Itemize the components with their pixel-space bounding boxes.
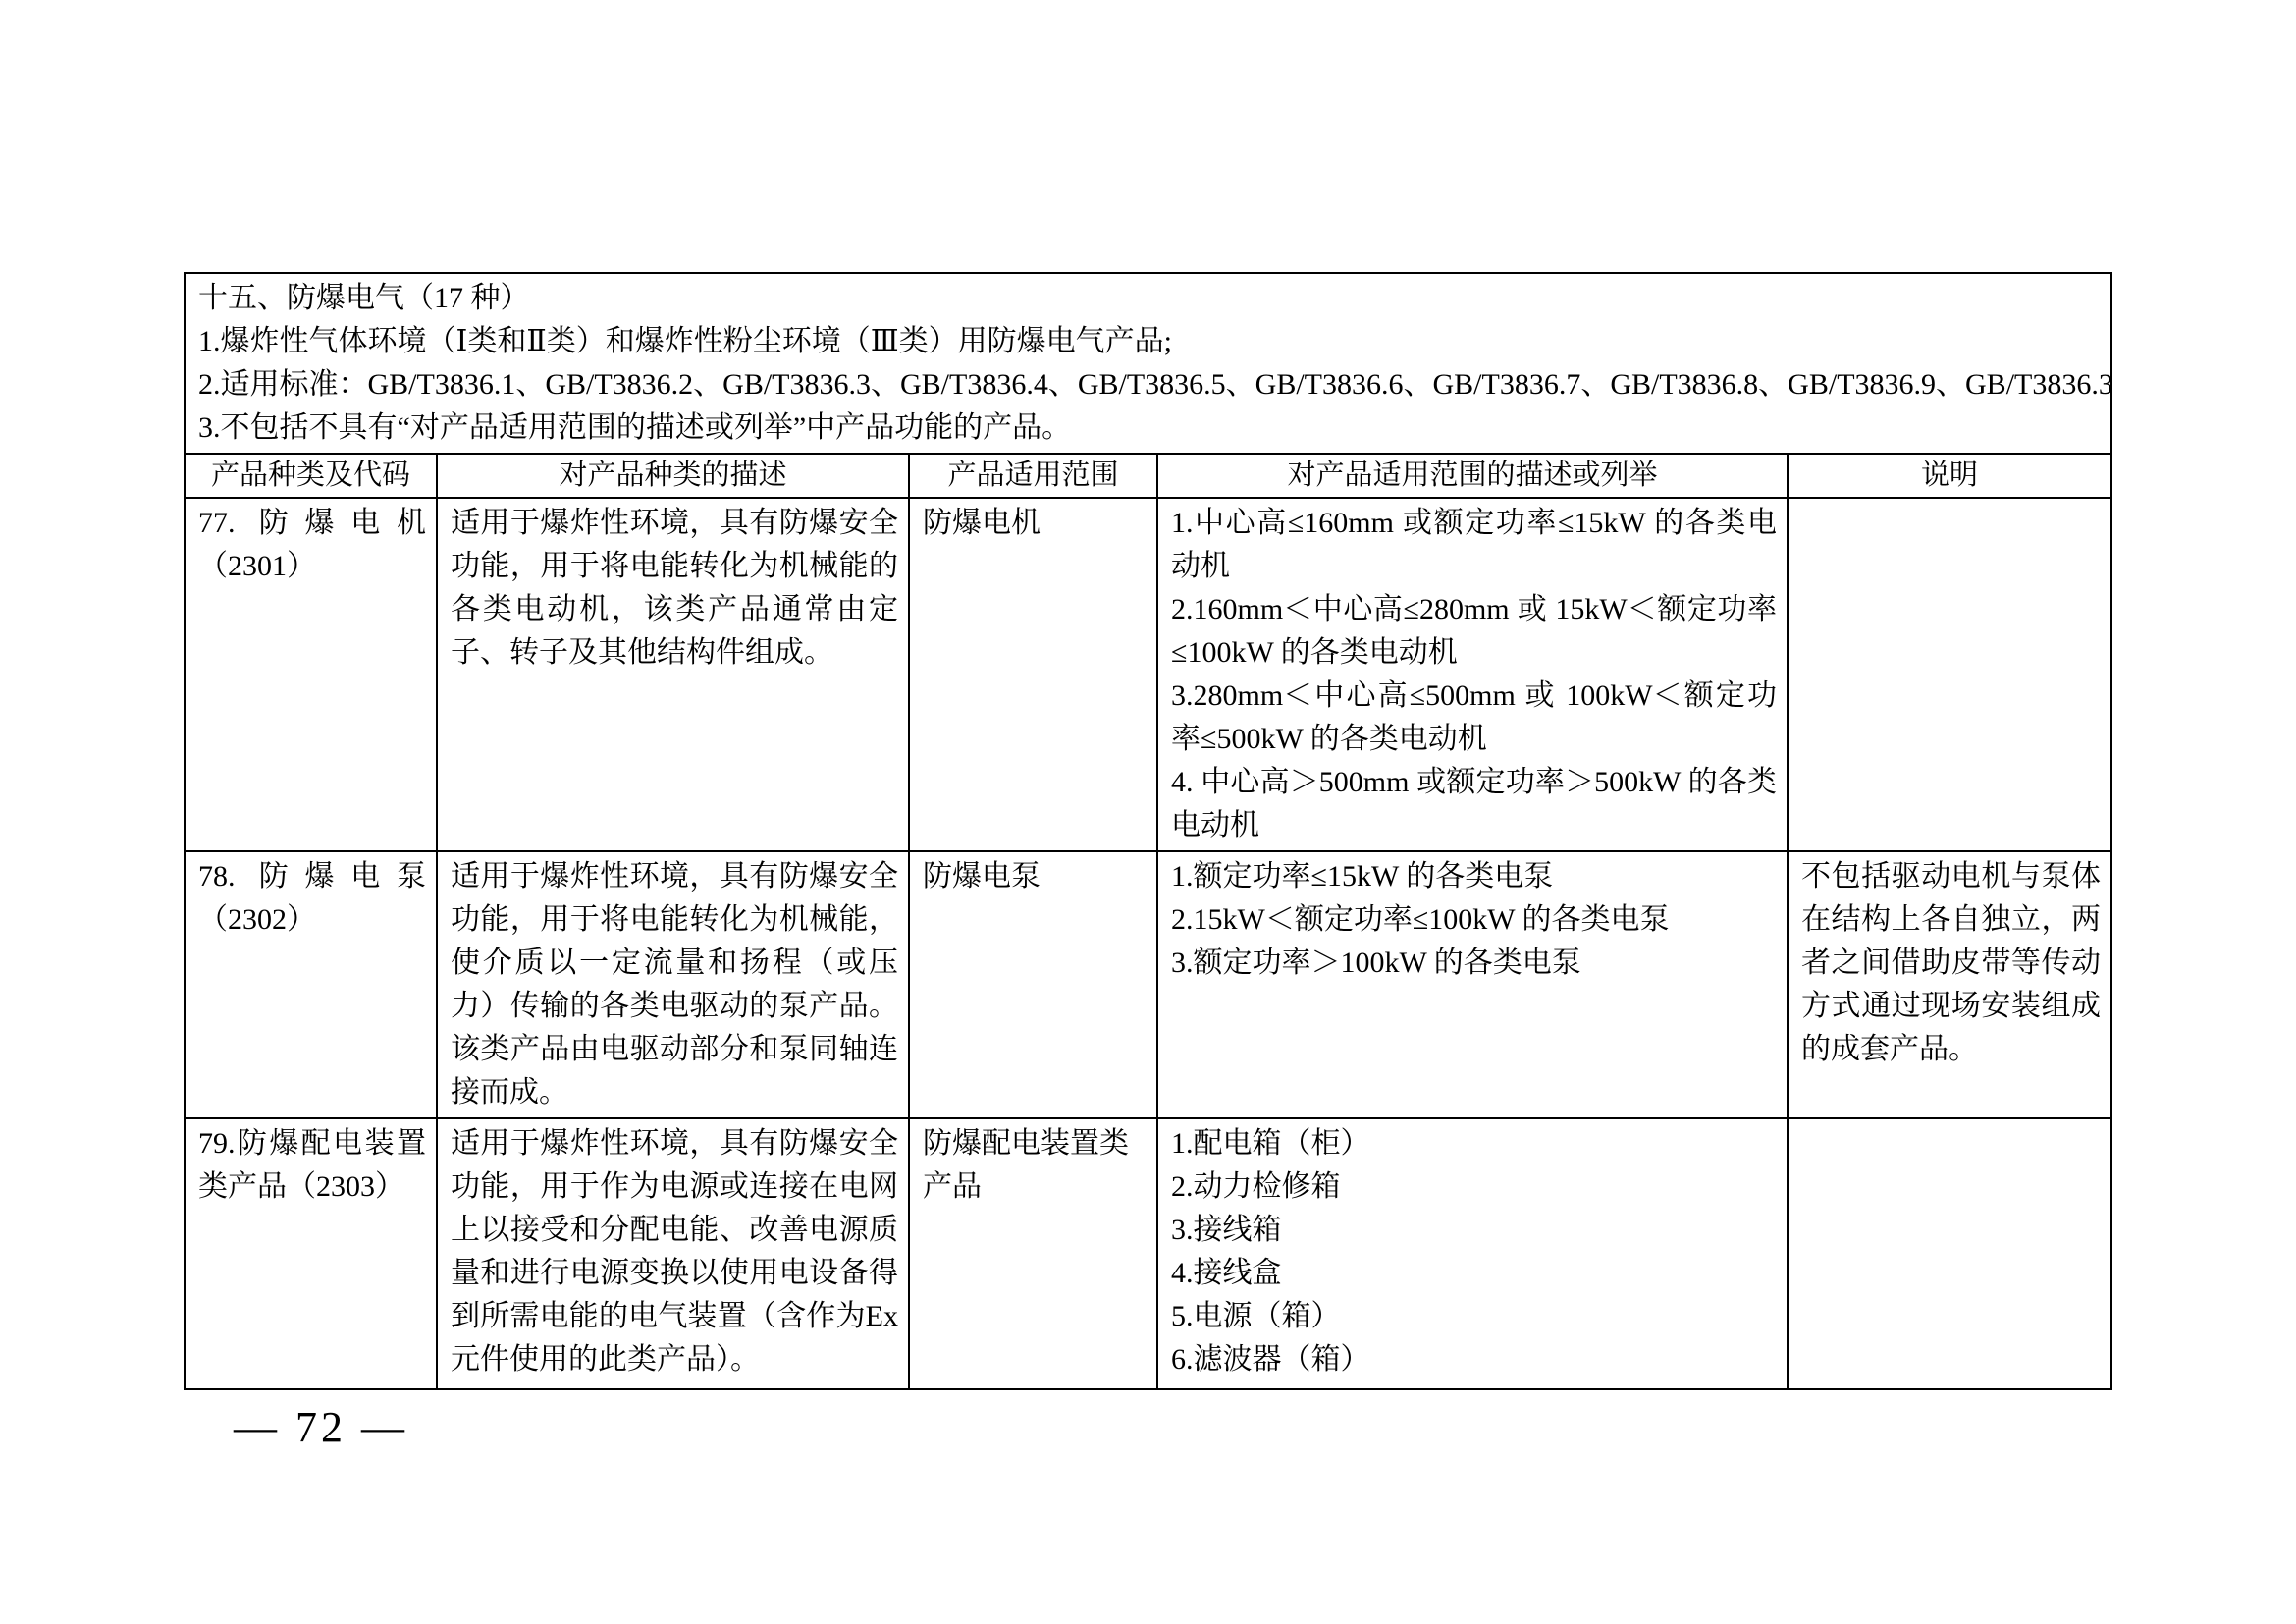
cell-description-79: 适用于爆炸性环境，具有防爆安全功能，用于作为电源或连接在电网上以接受和分配电能、…	[437, 1118, 909, 1389]
description-text: 适用于爆炸性环境，具有防爆安全功能，用于作为电源或连接在电网上以接受和分配电能、…	[451, 1122, 898, 1381]
scope-item: 3.额定功率＞100kW 的各类电泵	[1171, 942, 1777, 985]
document-page: 十五、防爆电气（17 种） 1.爆炸性气体环境（Ⅰ类和Ⅱ类）和爆炸性粉尘环境（Ⅲ…	[0, 0, 2296, 1624]
section-intro: 十五、防爆电气（17 种） 1.爆炸性气体环境（Ⅰ类和Ⅱ类）和爆炸性粉尘环境（Ⅲ…	[185, 273, 2111, 454]
table-row: 78. 防爆电泵 （2302） 适用于爆炸性环境，具有防爆安全功能，用于将电能转…	[185, 851, 2111, 1118]
scope-text: 防爆电泵	[923, 855, 1147, 898]
cell-description-78: 适用于爆炸性环境，具有防爆安全功能，用于将电能转化为机械能，使介质以一定流量和扬…	[437, 851, 909, 1118]
scope-item: 4. 中心高＞500mm 或额定功率＞500kW 的各类电动机	[1171, 761, 1777, 847]
header-scope-description: 对产品适用范围的描述或列举	[1157, 454, 1788, 498]
scope-item: 6.滤波器（箱）	[1171, 1338, 1777, 1381]
intro-row: 十五、防爆电气（17 种） 1.爆炸性气体环境（Ⅰ类和Ⅱ类）和爆炸性粉尘环境（Ⅲ…	[185, 273, 2111, 454]
cell-note-79	[1788, 1118, 2111, 1389]
cell-scope-items-78: 1.额定功率≤15kW 的各类电泵 2.15kW＜额定功率≤100kW 的各类电…	[1157, 851, 1788, 1118]
cell-code-79: 79.防爆配电装置 类产品（2303）	[185, 1118, 437, 1389]
code-line: 78. 防爆电泵	[198, 855, 426, 898]
page-number: — 72 —	[234, 1402, 408, 1452]
code-line: 79.防爆配电装置	[198, 1122, 426, 1165]
scope-item: 2.160mm＜中心高≤280mm 或 15kW＜额定功率≤100kW 的各类电…	[1171, 588, 1777, 675]
cell-description-77: 适用于爆炸性环境，具有防爆安全功能，用于将电能转化为机械能的各类电动机，该类产品…	[437, 498, 909, 851]
product-category-table: 十五、防爆电气（17 种） 1.爆炸性气体环境（Ⅰ类和Ⅱ类）和爆炸性粉尘环境（Ⅲ…	[184, 272, 2112, 1390]
cell-scope-items-79: 1.配电箱（柜） 2.动力检修箱 3.接线箱 4.接线盒 5.电源（箱） 6.滤…	[1157, 1118, 1788, 1389]
header-product-category-code: 产品种类及代码	[185, 454, 437, 498]
header-applicable-scope: 产品适用范围	[909, 454, 1157, 498]
code-line: 77. 防爆电机	[198, 502, 426, 545]
description-text: 适用于爆炸性环境，具有防爆安全功能，用于将电能转化为机械能的各类电动机，该类产品…	[451, 502, 898, 675]
cell-scope-77: 防爆电机	[909, 498, 1157, 851]
intro-line-3: 3.不包括不具有“对产品适用范围的描述或列举”中产品功能的产品。	[198, 406, 2101, 450]
cell-scope-items-77: 1.中心高≤160mm 或额定功率≤15kW 的各类电动机 2.160mm＜中心…	[1157, 498, 1788, 851]
code-line: （2301）	[198, 545, 426, 588]
scope-item: 2.15kW＜额定功率≤100kW 的各类电泵	[1171, 898, 1777, 942]
code-line: 类产品（2303）	[198, 1165, 426, 1209]
table-row: 77. 防爆电机 （2301） 适用于爆炸性环境，具有防爆安全功能，用于将电能转…	[185, 498, 2111, 851]
note-text: 不包括驱动电机与泵体在结构上各自独立，两者之间借助皮带等传动方式通过现场安装组成…	[1801, 855, 2101, 1071]
description-text: 适用于爆炸性环境，具有防爆安全功能，用于将电能转化为机械能，使介质以一定流量和扬…	[451, 855, 898, 1114]
scope-item: 2.动力检修箱	[1171, 1165, 1777, 1209]
scope-item: 1.配电箱（柜）	[1171, 1122, 1777, 1165]
header-category-description: 对产品种类的描述	[437, 454, 909, 498]
scope-item: 1.中心高≤160mm 或额定功率≤15kW 的各类电动机	[1171, 502, 1777, 588]
header-notes: 说明	[1788, 454, 2111, 498]
scope-text: 防爆配电装置类产品	[923, 1122, 1147, 1209]
scope-text: 防爆电机	[923, 502, 1147, 545]
cell-note-77	[1788, 498, 2111, 851]
table-row: 79.防爆配电装置 类产品（2303） 适用于爆炸性环境，具有防爆安全功能，用于…	[185, 1118, 2111, 1389]
cell-scope-78: 防爆电泵	[909, 851, 1157, 1118]
scope-item: 3.接线箱	[1171, 1209, 1777, 1252]
cell-note-78: 不包括驱动电机与泵体在结构上各自独立，两者之间借助皮带等传动方式通过现场安装组成…	[1788, 851, 2111, 1118]
scope-item: 3.280mm＜中心高≤500mm 或 100kW＜额定功率≤500kW 的各类…	[1171, 675, 1777, 761]
code-line: （2302）	[198, 898, 426, 942]
scope-item: 4.接线盒	[1171, 1252, 1777, 1295]
cell-code-77: 77. 防爆电机 （2301）	[185, 498, 437, 851]
table-header-row: 产品种类及代码 对产品种类的描述 产品适用范围 对产品适用范围的描述或列举 说明	[185, 454, 2111, 498]
cell-scope-79: 防爆配电装置类产品	[909, 1118, 1157, 1389]
section-title: 十五、防爆电气（17 种）	[198, 277, 2101, 320]
cell-code-78: 78. 防爆电泵 （2302）	[185, 851, 437, 1118]
scope-item: 1.额定功率≤15kW 的各类电泵	[1171, 855, 1777, 898]
scope-item: 5.电源（箱）	[1171, 1295, 1777, 1338]
intro-line-2: 2.适用标准：GB/T3836.1、GB/T3836.2、GB/T3836.3、…	[198, 363, 2101, 406]
intro-line-1: 1.爆炸性气体环境（Ⅰ类和Ⅱ类）和爆炸性粉尘环境（Ⅲ类）用防爆电气产品;	[198, 320, 2101, 363]
